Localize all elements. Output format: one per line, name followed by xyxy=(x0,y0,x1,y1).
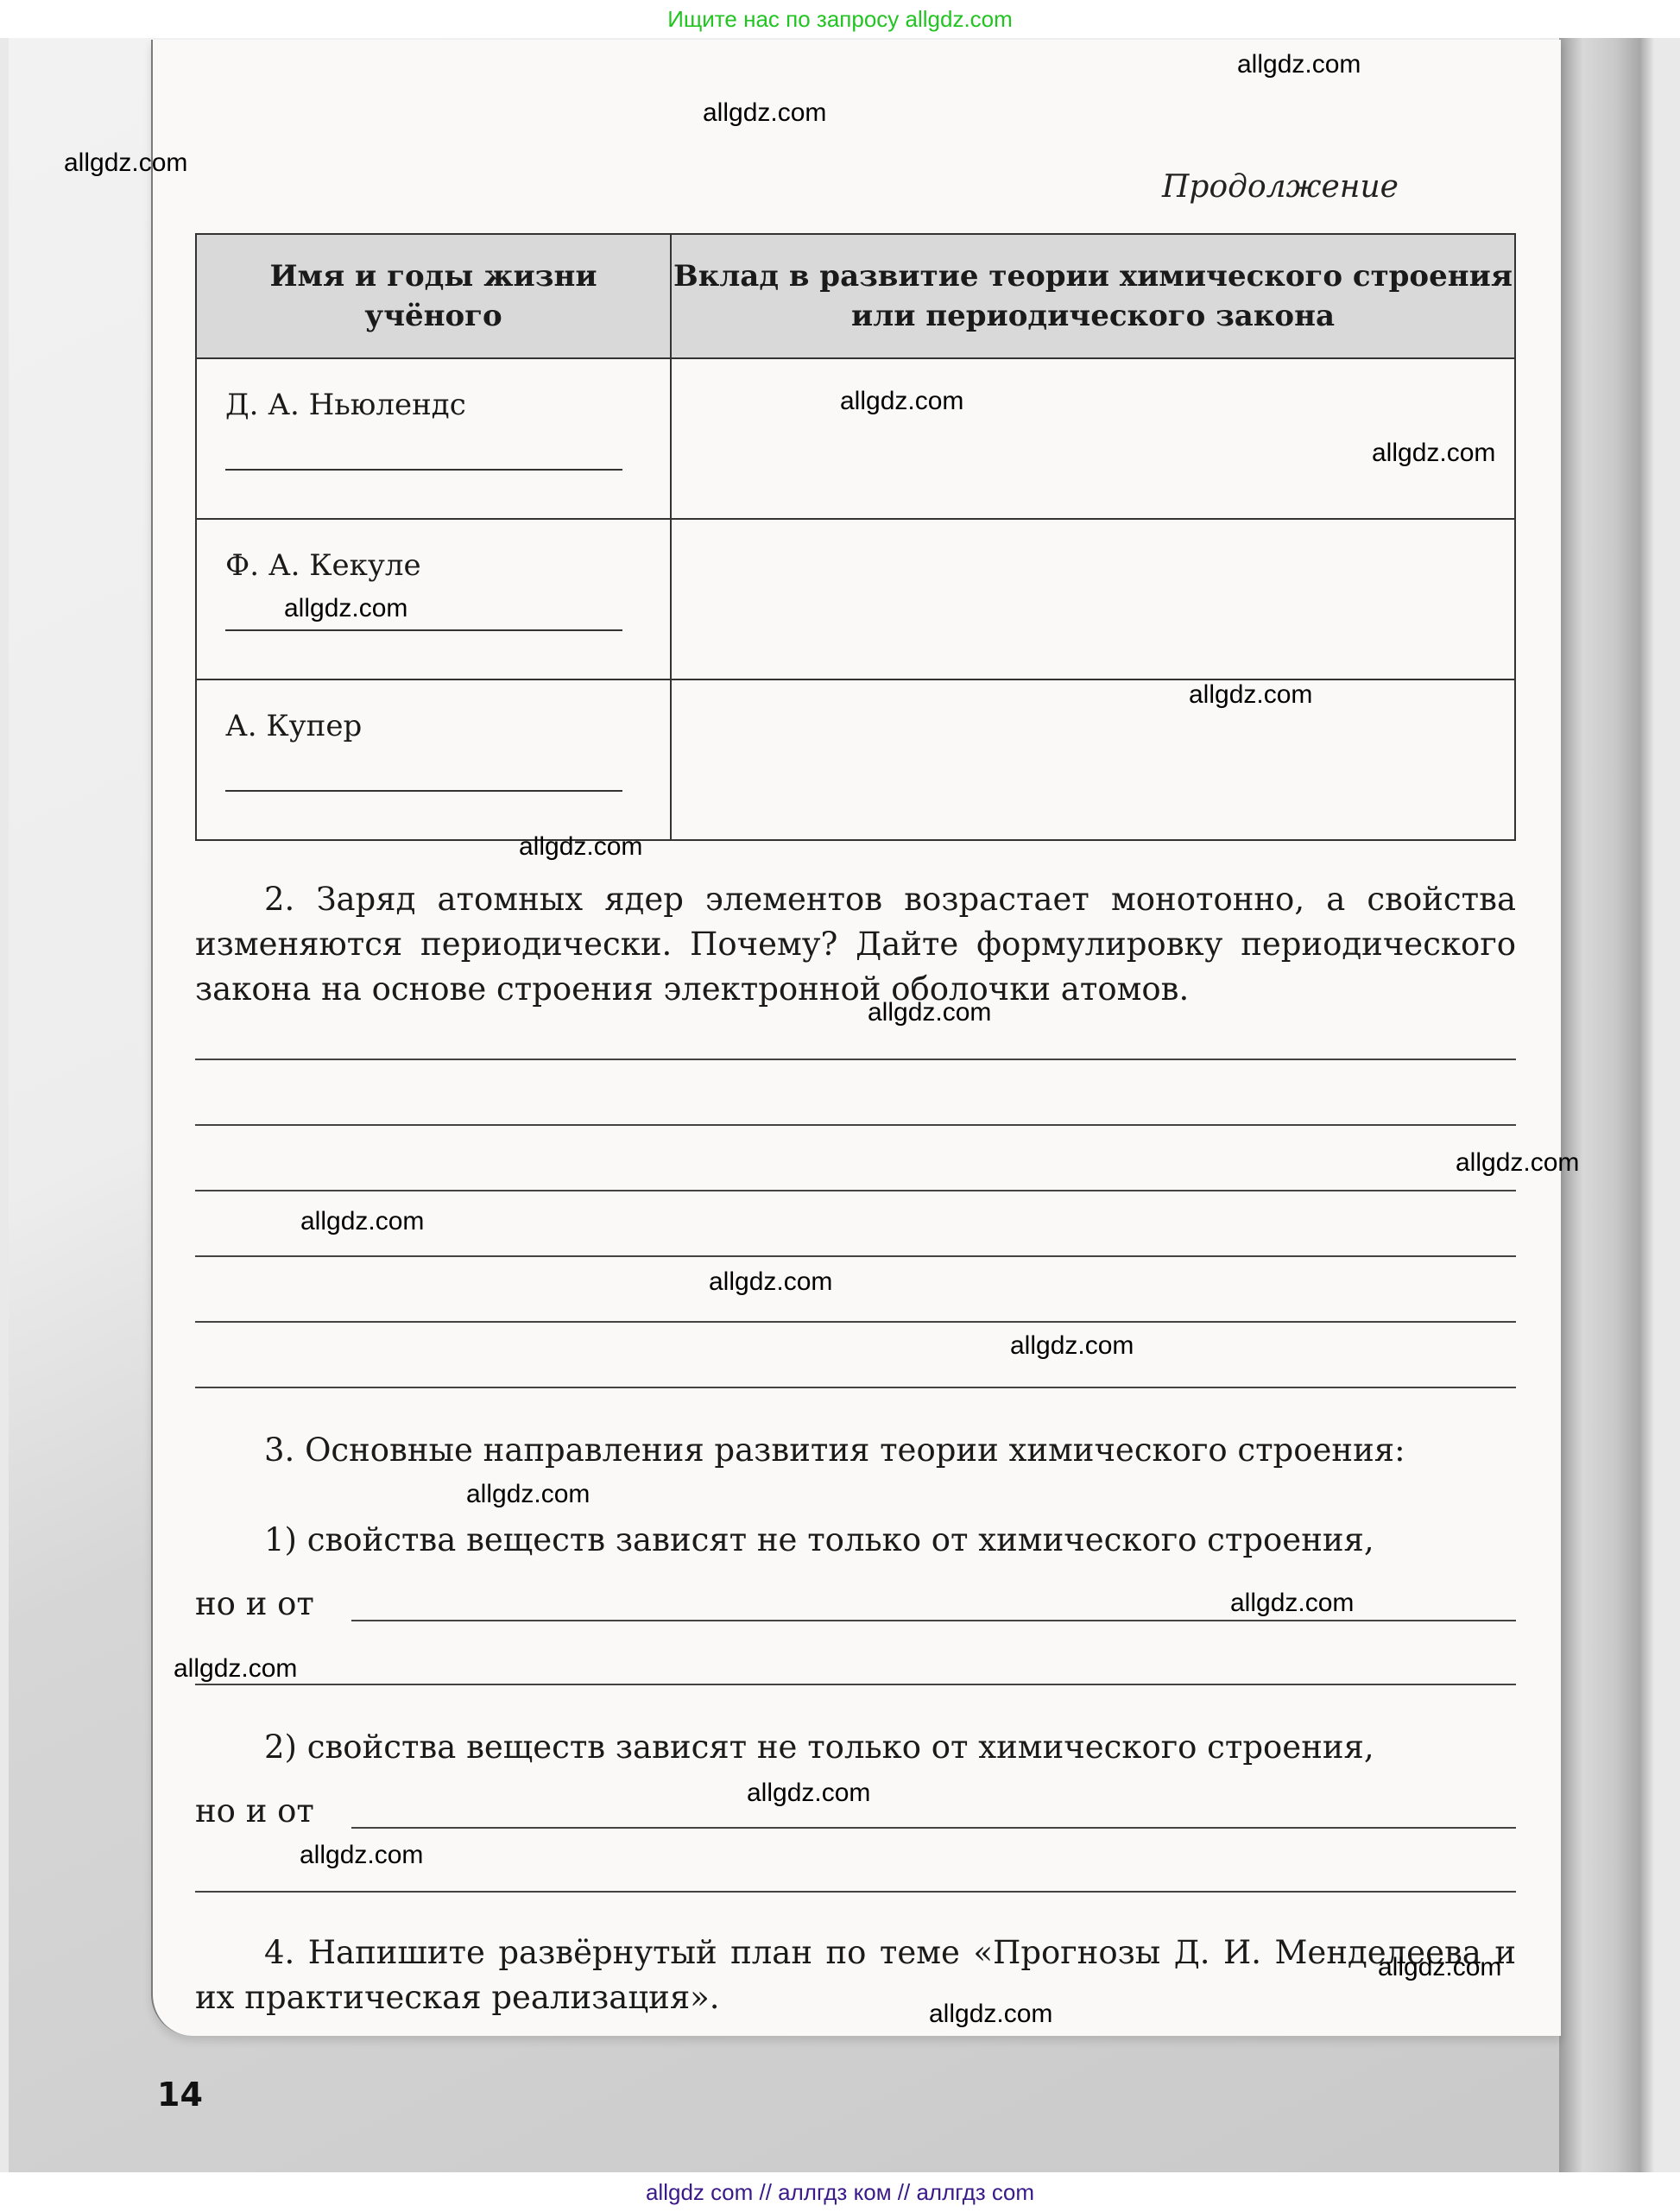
answer-line[interactable] xyxy=(351,1827,1516,1829)
watermark: allgdz.com xyxy=(840,387,963,416)
watermark: allgdz.com xyxy=(1237,50,1361,79)
contribution-cell[interactable] xyxy=(671,519,1515,679)
watermark: allgdz.com xyxy=(868,998,991,1027)
watermark: allgdz.com xyxy=(174,1654,297,1684)
years-fill-line[interactable] xyxy=(225,469,622,471)
watermark: allgdz.com xyxy=(300,1841,423,1870)
answer-line[interactable] xyxy=(195,1255,1516,1257)
watermark: allgdz.com xyxy=(1010,1331,1134,1361)
answer-line[interactable] xyxy=(195,1321,1516,1323)
watermark: allgdz.com xyxy=(519,832,642,862)
scientist-name: Ф. А. Кекуле xyxy=(198,521,669,583)
header-contribution: Вклад в развитие теории химического стро… xyxy=(671,234,1515,358)
name-cell[interactable]: А. Купер xyxy=(196,679,671,840)
watermark: allgdz.com xyxy=(300,1207,424,1236)
watermark: allgdz.com xyxy=(1230,1589,1354,1618)
footer-text: allgdz com // аллгдз ком // аллгдз com xyxy=(646,2179,1034,2206)
scanned-page: Продолжение Имя и годы жизни учёного Вкл… xyxy=(0,38,1680,2172)
watermark: allgdz.com xyxy=(1378,1953,1501,1982)
table-row: А. Купер xyxy=(196,679,1515,840)
question-3-item-2: 2) свойства веществ зависят не только от… xyxy=(195,1725,1516,1770)
question-3: 3. Основные направления развития теории … xyxy=(195,1428,1516,1473)
watermark: allgdz.com xyxy=(466,1480,590,1509)
table-row: Д. А. Ньюлендс xyxy=(196,358,1515,519)
question-2-text: 2. Заряд атомных ядер элементов возраста… xyxy=(195,877,1516,1012)
answer-line[interactable] xyxy=(195,1387,1516,1388)
watermark: allgdz.com xyxy=(1189,680,1312,710)
question-3-item-2-text: 2) свойства веществ зависят не только от… xyxy=(195,1725,1516,1770)
answer-line[interactable] xyxy=(195,1190,1516,1191)
header-name: Имя и годы жизни учёного xyxy=(196,234,671,358)
table-header-row: Имя и годы жизни учёного Вклад в развити… xyxy=(196,234,1515,358)
scientist-name: А. Купер xyxy=(198,681,669,743)
watermark: allgdz.com xyxy=(284,594,407,623)
watermark: allgdz.com xyxy=(64,149,187,178)
answer-line[interactable] xyxy=(195,1891,1516,1893)
question-4: 4. Напишите развёрнутый план по теме «Пр… xyxy=(195,1931,1516,2020)
contribution-cell[interactable] xyxy=(671,679,1515,840)
years-fill-line[interactable] xyxy=(225,629,622,631)
watermark: allgdz.com xyxy=(709,1267,832,1297)
watermark: allgdz.com xyxy=(747,1779,870,1808)
years-fill-line[interactable] xyxy=(225,790,622,792)
fill-prefix: но и от xyxy=(195,1792,314,1830)
name-cell[interactable]: Д. А. Ньюлендс xyxy=(196,358,671,519)
banner-text: Ищите нас по запросу allgdz.com xyxy=(667,6,1013,33)
question-3-intro: 3. Основные направления развития теории … xyxy=(195,1428,1516,1473)
answer-line[interactable] xyxy=(195,1684,1516,1685)
question-3-item-1: 1) свойства веществ зависят не только от… xyxy=(195,1518,1516,1563)
worksheet-panel: Продолжение Имя и годы жизни учёного Вкл… xyxy=(151,40,1561,2036)
page-edge-shadow xyxy=(1559,38,1654,2172)
watermark: allgdz.com xyxy=(703,98,826,128)
fill-prefix: но и от xyxy=(195,1585,314,1622)
answer-line[interactable] xyxy=(195,1124,1516,1126)
question-3-item-1-text: 1) свойства веществ зависят не только от… xyxy=(195,1518,1516,1563)
watermark: allgdz.com xyxy=(929,2000,1052,2029)
name-cell[interactable]: Ф. А. Кекуле xyxy=(196,519,671,679)
scientist-name: Д. А. Ньюлендс xyxy=(198,360,669,422)
question-4-text: 4. Напишите развёрнутый план по теме «Пр… xyxy=(195,1931,1516,2020)
page-number: 14 xyxy=(157,2076,203,2114)
search-banner: Ищите нас по запросу allgdz.com xyxy=(0,0,1680,38)
footer-watermark: allgdz com // аллгдз ком // аллгдз com xyxy=(0,2172,1680,2212)
question-2: 2. Заряд атомных ядер элементов возраста… xyxy=(195,877,1516,1012)
answer-line[interactable] xyxy=(195,1059,1516,1060)
watermark: allgdz.com xyxy=(1456,1148,1579,1178)
scientists-table: Имя и годы жизни учёного Вклад в развити… xyxy=(195,233,1516,841)
watermark: allgdz.com xyxy=(1372,439,1495,468)
answer-line[interactable] xyxy=(351,1620,1516,1621)
continuation-label: Продолжение xyxy=(1162,169,1399,205)
